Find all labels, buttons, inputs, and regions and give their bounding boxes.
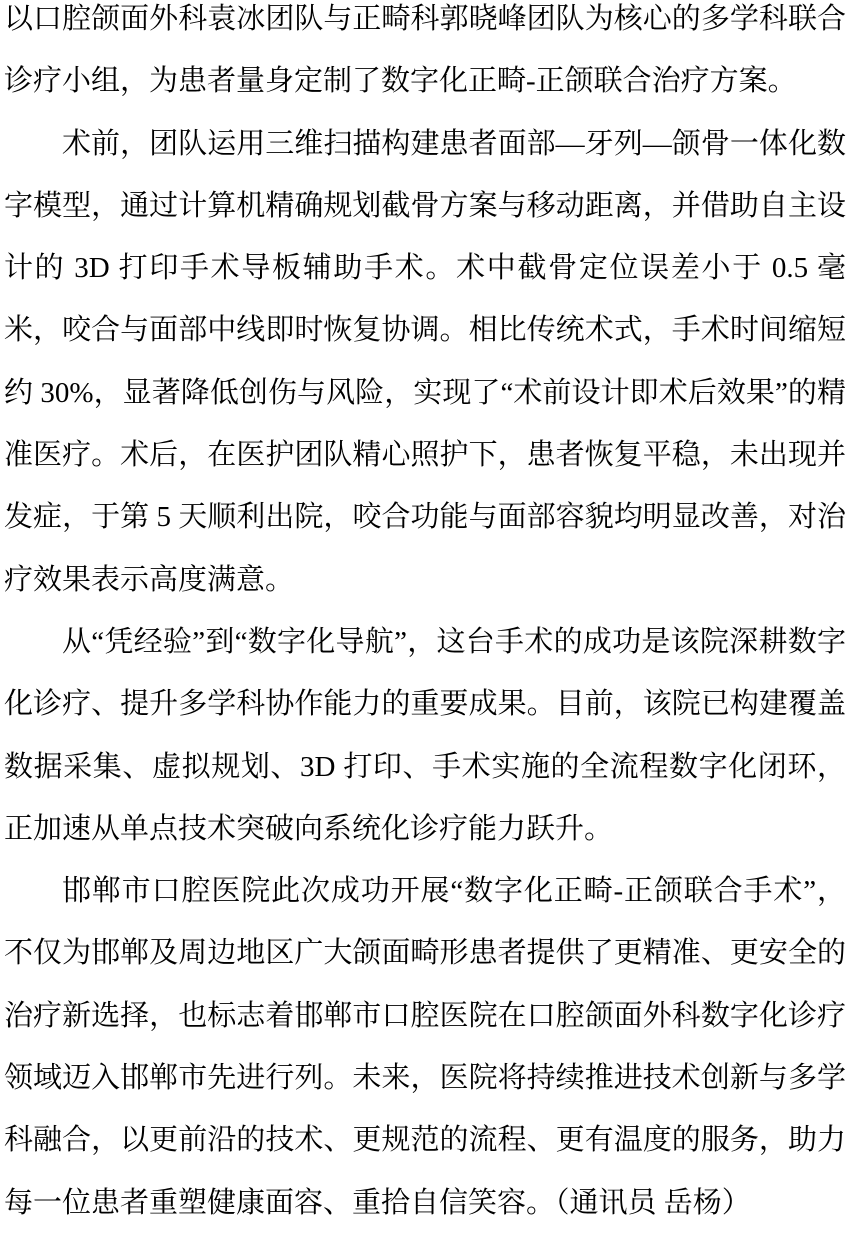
paragraph-preop-surgery-recovery: 术前，团队运用三维扫描构建患者面部—牙列—颌骨一体化数字模型，通过计算机精确规划… — [4, 113, 846, 611]
paragraph-intro-team: 以口腔颌面外科袁冰团队与正畸科郭晓峰团队为核心的多学科联合诊疗小组，为患者量身定… — [4, 0, 846, 113]
paragraph-digital-navigation-achievement: 从“凭经验”到“数字化导航”，这台手术的成功是该院深耕数字化诊疗、提升多学科协作… — [4, 611, 846, 860]
document-page: 以口腔颌面外科袁冰团队与正畸科郭晓峰团队为核心的多学科联合诊疗小组，为患者量身定… — [0, 0, 850, 1234]
paragraph-conclusion-outlook: 邯郸市口腔医院此次成功开展“数字化正畸-正颌联合手术”，不仅为邯郸及周边地区广大… — [4, 860, 846, 1234]
